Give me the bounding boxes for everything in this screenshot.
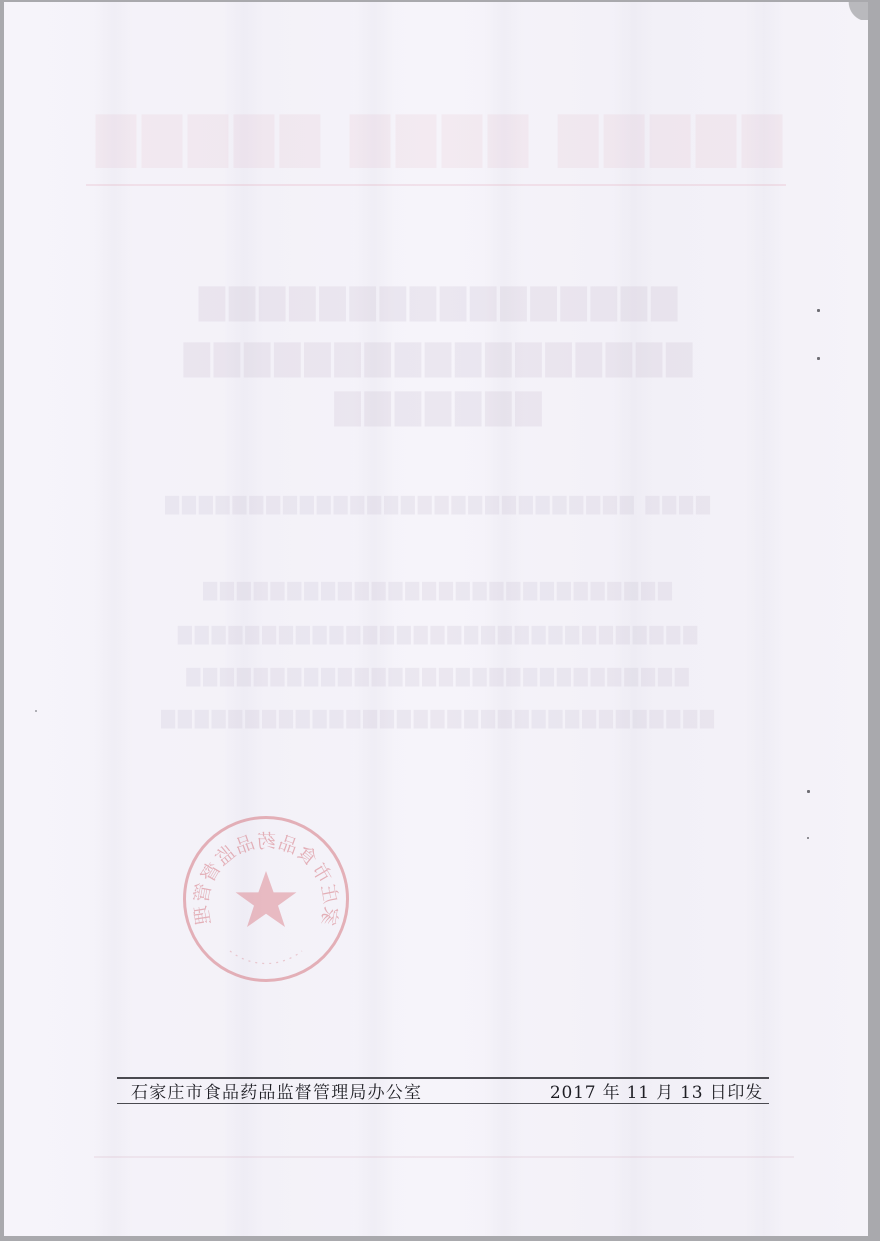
- seal-artwork: 石家庄市食品药品监督管理局: [186, 819, 346, 979]
- bleed-through-text: ▇▇▇▇▇▇▇▇▇▇▇▇▇▇▇▇▇: [4, 338, 868, 378]
- page-corner-fold: [842, 2, 868, 20]
- print-month-unit: 月: [656, 1083, 674, 1103]
- scan-speck: [817, 309, 820, 312]
- bleed-through-text: ▇▇▇▇ ▇▇▇▇▇▇▇▇▇▇▇▇▇▇▇▇▇▇▇▇▇▇▇▇▇▇▇▇: [4, 494, 868, 515]
- scan-speck: [807, 790, 810, 793]
- scan-speck: [817, 357, 820, 360]
- scan-speck: [807, 837, 809, 839]
- issuer-name: 石家庄市食品药品监督管理局办公室: [131, 1078, 422, 1103]
- print-year: 2017: [550, 1083, 596, 1103]
- document-footer: 石家庄市食品药品监督管理局办公室 2017 年 11 月 13 日印发: [117, 1077, 769, 1104]
- bleed-through-text: ▇▇▇▇▇▇▇▇▇▇▇▇▇▇▇▇: [4, 282, 868, 322]
- bleed-through-text: ▇▇▇▇▇▇▇▇▇▇▇▇▇▇▇▇▇▇▇▇▇▇▇▇▇▇▇▇▇▇▇▇▇: [4, 708, 868, 729]
- document-page: ▇▇▇▇▇ ▇▇▇▇ ▇▇▇▇▇ ▇▇▇▇▇▇▇▇▇▇▇▇▇▇▇▇ ▇▇▇▇▇▇…: [4, 2, 868, 1236]
- print-month: 11: [627, 1083, 650, 1103]
- print-suffix: 印发: [727, 1083, 763, 1103]
- footer-row: 石家庄市食品药品监督管理局办公室 2017 年 11 月 13 日印发: [117, 1079, 769, 1103]
- print-year-unit: 年: [603, 1083, 621, 1103]
- bleed-through-text: ▇▇▇▇▇▇▇▇▇▇▇▇▇▇▇▇▇▇▇▇▇▇▇▇▇▇▇▇: [4, 580, 868, 601]
- bleed-through-text: ▇▇▇▇▇▇▇▇▇▇▇▇▇▇▇▇▇▇▇▇▇▇▇▇▇▇▇▇▇▇: [4, 666, 868, 687]
- bleed-through-text: ▇▇▇▇▇▇▇: [4, 387, 868, 427]
- scan-speck: [35, 710, 37, 712]
- bleed-through-rule: [86, 184, 786, 186]
- print-day: 13: [680, 1083, 703, 1103]
- print-day-unit: 日: [710, 1083, 728, 1103]
- bleed-through-rule: [94, 1156, 794, 1158]
- bleed-through-text: ▇▇▇▇▇▇▇▇▇▇▇▇▇▇▇▇▇▇▇▇▇▇▇▇▇▇▇▇▇▇▇: [4, 624, 868, 645]
- official-seal: 石家庄市食品药品监督管理局: [183, 816, 349, 982]
- star-icon: [236, 871, 297, 927]
- print-date: 2017 年 11 月 13 日印发: [550, 1078, 763, 1103]
- bleed-through-header: ▇▇▇▇▇ ▇▇▇▇ ▇▇▇▇▇: [4, 107, 868, 168]
